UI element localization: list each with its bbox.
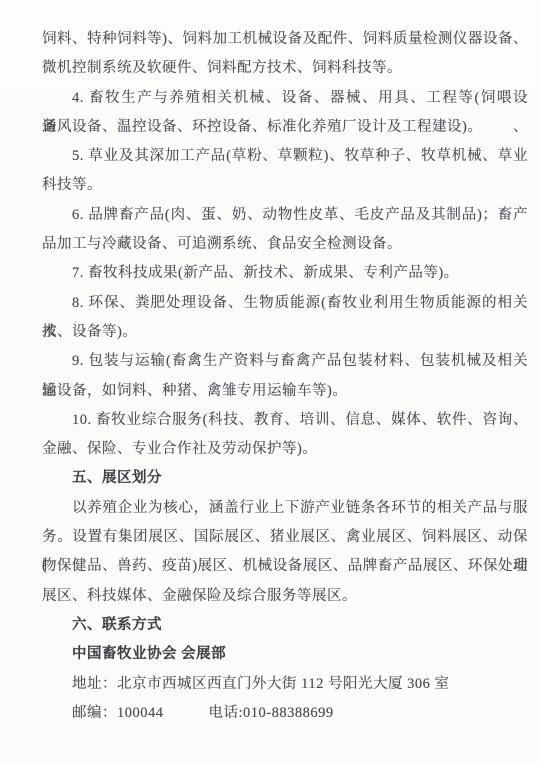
text-line: 输设备，如饲料、种猪、禽雏专用运输车等)。: [42, 377, 528, 406]
text-line: 品加工与冷藏设备、可追溯系统、食品安全检测设备。: [42, 230, 528, 259]
document-body: 饲料、特种饲料等)、饲料加工机械设备及配件、饲料质量检测仪器设备、微机控制系统及…: [42, 25, 528, 728]
text-line: 10. 畜牧业综合服务(科技、教育、培训、信息、媒体、软件、咨询、: [42, 406, 528, 435]
text-line: 六、联系方式: [42, 611, 528, 640]
text-line: 4. 畜牧生产与养殖相关机械、设备、器械、用具、工程等(饲喂设备、: [42, 84, 528, 113]
document-page: 饲料、特种饲料等)、饲料加工机械设备及配件、饲料质量检测仪器设备、微机控制系统及…: [0, 0, 540, 763]
text-line: 7. 畜牧科技成果(新产品、新技术、新成果、专利产品等)。: [42, 259, 528, 288]
text-line: 科技等。: [42, 171, 528, 200]
text-line: 邮编：100044 电话:010-88388699: [42, 699, 528, 728]
text-line: 5. 草业及其深加工产品(草粉、草颗粒)、牧草种子、牧草机械、草业: [42, 142, 528, 171]
text-line: 术、设备等)。: [42, 318, 528, 347]
text-line: 中国畜牧业协会 会展部: [42, 640, 528, 669]
text-line: 通风设备、温控设备、环控设备、标准化养殖厂设计及工程建设)。: [42, 113, 528, 142]
text-line: 务。设置有集团展区、国际展区、猪业展区、禽业展区、饲料展区、动保(动: [42, 523, 528, 552]
text-line: 微机控制系统及软硬件、饲料配方技术、饲料科技等。: [42, 54, 528, 83]
text-line: 物保健品、兽药、疫苗)展区、机械设备展区、品牌畜产品展区、环保处理: [42, 552, 528, 581]
text-line: 9. 包装与运输(畜禽生产资料与畜禽产品包装材料、包装机械及相关运: [42, 347, 528, 376]
text-line: 展区、科技媒体、金融保险及综合服务等展区。: [42, 582, 528, 611]
text-line: 金融、保险、专业合作社及劳动保护等)。: [42, 435, 528, 464]
text-line: 饲料、特种饲料等)、饲料加工机械设备及配件、饲料质量检测仪器设备、: [42, 25, 528, 54]
text-line: 8. 环保、粪肥处理设备、生物质能源(畜牧业利用生物质能源的相关技: [42, 289, 528, 318]
text-line: 以养殖企业为核心，涵盖行业上下游产业链条各环节的相关产品与服: [42, 494, 528, 523]
text-line: 五、展区划分: [42, 464, 528, 493]
text-line: 6. 品牌畜产品(肉、蛋、奶、动物性皮革、毛皮产品及其制品)；畜产: [42, 201, 528, 230]
text-line: 地址：北京市西城区西直门外大街 112 号阳光大厦 306 室: [42, 670, 528, 699]
